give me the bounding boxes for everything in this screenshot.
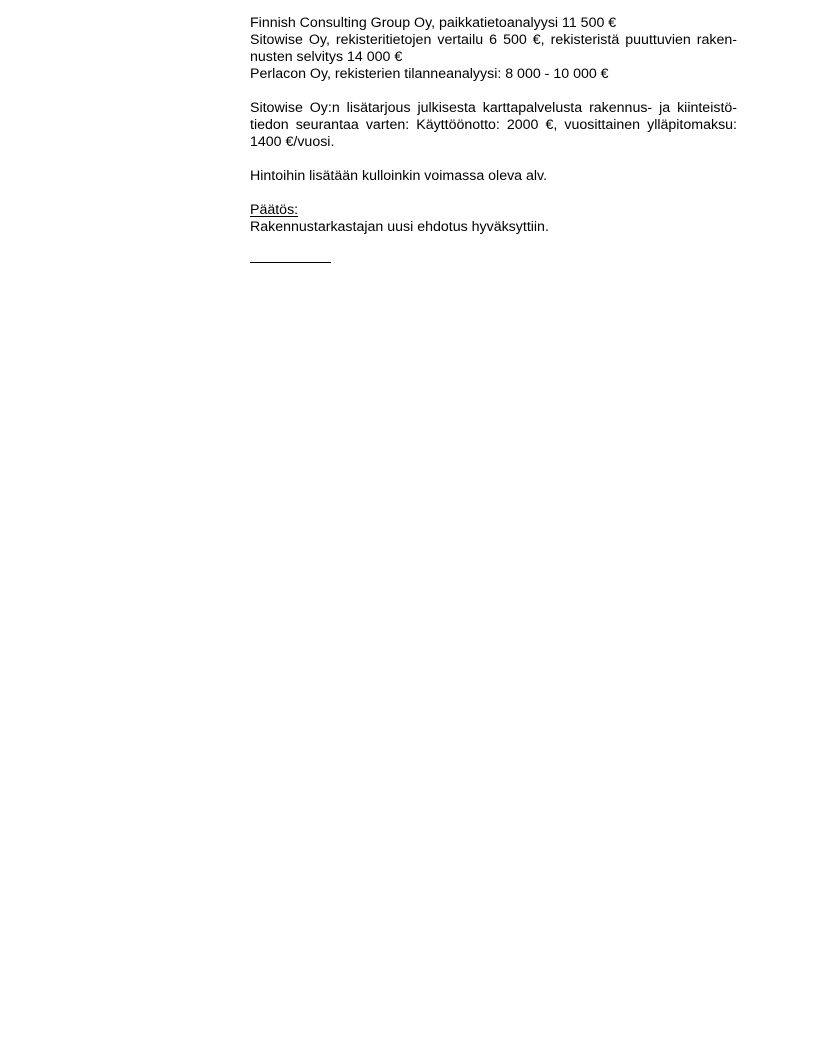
additional-offer-paragraph: Sitowise Oy:n lisätarjous julkisesta kar… <box>250 100 737 151</box>
decision-label: Päätös: <box>250 202 737 219</box>
separator-line <box>250 253 737 270</box>
additional-offer-line1: Sitowise Oy:n lisätarjous julkisesta kar… <box>250 100 737 117</box>
vat-note-paragraph: Hintoihin lisätään kulloinkin voimassa o… <box>250 168 737 185</box>
offer-fcg: Finnish Consulting Group Oy, paikkatieto… <box>250 15 737 32</box>
document-page: Finnish Consulting Group Oy, paikkatieto… <box>250 15 737 270</box>
additional-offer-line3: 1400 €/vuosi. <box>250 134 737 151</box>
offer-sitowise-line2: nusten selvitys 14 000 € <box>250 49 737 66</box>
vat-note: Hintoihin lisätään kulloinkin voimassa o… <box>250 168 737 185</box>
decision-text: Rakennustarkastajan uusi ehdotus hyväksy… <box>250 219 737 236</box>
separator-rule <box>250 262 331 263</box>
decision-section: Päätös: Rakennustarkastajan uusi ehdotus… <box>250 202 737 236</box>
additional-offer-line2: tiedon seurantaa varten: Käyttöönotto: 2… <box>250 117 737 134</box>
offers-list: Finnish Consulting Group Oy, paikkatieto… <box>250 15 737 83</box>
offer-sitowise-line1: Sitowise Oy, rekisteritietojen vertailu … <box>250 32 737 49</box>
offer-perlacon: Perlacon Oy, rekisterien tilanneanalyysi… <box>250 66 737 83</box>
